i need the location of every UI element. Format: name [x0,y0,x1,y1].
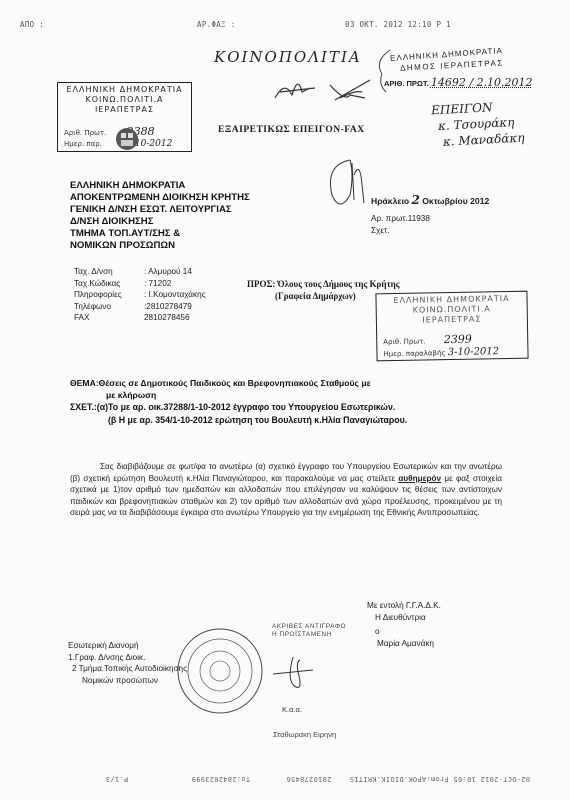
stamp-line: ΙΕΡΑΠΕΤΡΑΣ [58,105,191,115]
fax-from-label: ΑΠΟ : [20,20,44,29]
stamp-prot-value: 2399 [444,333,472,346]
stamp-date-label: Ημερ. παρ. [64,140,102,148]
certified-copy-stamp: ΑΚΡΙΒΕΣ ΑΝΤΙΓΡΑΦΟ Η ΠΡΟΪΣΤΑΜΕΝΗ [272,623,346,639]
distribution-item: 2 Τμήμα.Τοπικής Αυτοδιοίκησης [68,663,187,675]
subject-theme-cont: με κλήρωση [70,389,530,401]
recipient-sub: (Γραφεία Δημάρχων) [275,291,356,301]
handwritten-initials-icon [270,70,380,110]
body-emphasis: αυθημερόν [398,474,441,483]
stamp-line: ΚΟΙΝΩ.ΠΟΛΙΤΙ.Α [58,95,191,105]
subject-theme: ΘΕΜΑ:Θέσεις σε Δημοτικούς Παιδικούς και … [70,377,530,389]
phone-label: Τηλέφωνο [74,301,144,313]
letterhead-line: ΤΜΗΜΑ ΤΟΠ.ΑΥΤ/ΣΗΣ & [70,228,250,240]
phone-value: :2810278479 [144,302,192,311]
letterhead-line: Δ/ΝΣΗ ΔΙΟΙΚΗΣΗΣ [70,216,250,228]
handwritten-urgent-note: ΕΠΕΙΓΟΝ κ. Τσουράκη κ. Μαναδάκη [431,98,525,151]
coat-of-arms-icon [114,127,140,151]
fax-number-label: ΑΡ.ΦΑΞ : [197,20,236,29]
fax-footer: 02-OCT-2012 10:05 From:APOK.DIOIK.KRITIS… [50,775,530,783]
fax-datetime-page: 03 ΟΚΤ. 2012 12:10 P 1 [345,20,451,29]
letterhead-line: ΝΟΜΙΚΩΝ ΠΡΟΣΩΠΩΝ [70,240,250,252]
stamp-line: ΕΛΛΗΝΙΚΗ ΔΗΜΟΚΡΑΤΙΑ [58,85,191,95]
stamp-prot-value: 14692 / 2.10.2012 [431,76,533,89]
signature-o: ο [367,626,441,638]
stamp-prot-label: ΑΡΙΘ. ΠΡΩΤ. [384,79,429,88]
fax-label: FAX [74,312,144,324]
received-stamp-municipality: ΕΛΛΗΝΙΚΗ ΔΗΜΟΚΡΑΤΙΑ ΔΗΜΟΣ ΙΕΡΑΠΕΤΡΑΣ ΑΡΙ… [372,46,562,96]
internal-distribution: Εσωτερική Διανομή 1.Γραφ. Δ/νσης Διοικ. … [68,640,187,686]
signature-block: Με εντολή Γ.Γ.Α.Δ.Κ. Η Διευθύντρια ο Μαρ… [367,600,441,650]
place-date: Ηράκλειο 2 Οκτωβρίου 2012 [371,193,489,207]
certifier-ke: Κ.α.α. [282,705,302,714]
stamp-prot-label: Αριθ. Πρωτ. [383,337,425,346]
stamp-date-value: 3-10-2012 [448,346,499,358]
signature-title: Η Διευθύντρια [367,612,441,624]
certifier-signature-icon [268,652,318,692]
zip-label: Ταχ.Κώδικας [74,278,144,290]
certified-line: ΑΚΡΙΒΕΣ ΑΝΤΙΓΡΑΦΟ [272,623,346,631]
subject-related-b: (β Η με αρ. 354/1-10-2012 ερώτηση του Βο… [70,414,530,426]
subject-block: ΘΕΜΑ:Θέσεις σε Δημοτικούς Παιδικούς και … [70,377,530,426]
signature-name: Μαρία Αμανάκη [367,638,441,650]
certifier-name: Σταθωρακη Ειρηνη [273,730,336,739]
official-seal-icon [175,626,265,716]
protocol-number: Αρ. πρωτ.11938 [371,213,430,225]
signature-mandate: Με εντολή Γ.Γ.Α.Δ.Κ. [367,600,441,612]
urgent-fax-title: ΕΞΑΙΡΕΤΙΚΩΣ ΕΠΕΙΓΟΝ-FAX [218,125,365,135]
protocol-block: Αρ. πρωτ.11938 Σχετ. [371,213,430,237]
letterhead-line: ΑΠΟΚΕΝΤΡΩΜΕΝΗ ΔΙΟΙΚΗΣΗ ΚΡΗΤΗΣ [70,192,250,204]
handwritten-line: κ. Μαναδάκη [442,130,524,150]
letterhead: ΕΛΛΗΝΙΚΗ ΔΗΜΟΚΡΑΤΙΑ ΑΠΟΚΕΝΤΡΩΜΕΝΗ ΔΙΟΙΚΗ… [70,180,250,252]
distribution-title: Εσωτερική Διανομή [68,640,187,652]
stamp-prot-label: Αριθ. Πρωτ. [64,129,106,137]
city: Ηράκλειο [371,196,409,206]
letterhead-line: ΕΛΛΗΝΙΚΗ ΔΗΜΟΚΡΑΤΙΑ [70,180,250,192]
address-label: Ταχ. Δ/νση [74,266,144,278]
received-stamp-right: ΕΛΛΗΝΙΚΗ ΔΗΜΟΚΡΑΤΙΑ ΚΟΙΝΩ.ΠΟΛΙΤΙ.Α ΙΕΡΑΠ… [375,291,528,362]
info-value: : Ι.Κομονταχάκης [144,290,206,299]
info-label: Πληροφορίες [74,289,144,301]
body-paragraph: Σας διαβιβάζουμε σε φωτ/φα το ανωτέρω (α… [70,461,502,519]
related-label: Σχετ. [371,225,430,237]
certified-line: Η ΠΡΟΪΣΤΑΜΕΝΗ [272,631,346,639]
letterhead-line: ΓΕΝΙΚΗ Δ/ΝΣΗ ΕΣΩΤ. ΛΕΙΤΟΥΡΓΙΑΣ [70,204,250,216]
handwritten-day: 2 [411,193,419,207]
fax-value: 2810278456 [144,313,190,322]
stamp-date-label: Ημερ. παραλαβής [383,349,445,358]
recipient-line: ΠΡΟΣ: Όλους τους Δήμους της Κρήτης [247,279,400,289]
zip-value: : 71202 [144,279,171,288]
distribution-item: 1.Γραφ. Δ/νσης Διοικ. [68,652,187,664]
distribution-item: Νομικών προσώπων [68,675,187,687]
handwritten-note-koinopolitia: ΚΟΙΝΟΠΟΛΙΤΙΑ [214,48,362,66]
received-stamp-left: ΕΛΛΗΝΙΚΗ ΔΗΜΟΚΡΑΤΙΑ ΚΟΙΝΩ.ΠΟΛΙΤΙ.Α ΙΕΡΑΠ… [57,82,192,152]
stamp-line: ΙΕΡΑΠΕΤΡΑΣ [377,314,527,327]
subject-related-a: ΣΧΕΤ.:(α)Το με αρ. οικ.37288/1-10-2012 έ… [70,401,530,413]
date-rest: Οκτωβρίου 2012 [422,196,489,206]
address-value: : Αλμυρού 14 [144,267,192,276]
contact-info: Ταχ. Δ/νση: Αλμυρού 14 Ταχ.Κώδικας: 7120… [74,266,206,324]
